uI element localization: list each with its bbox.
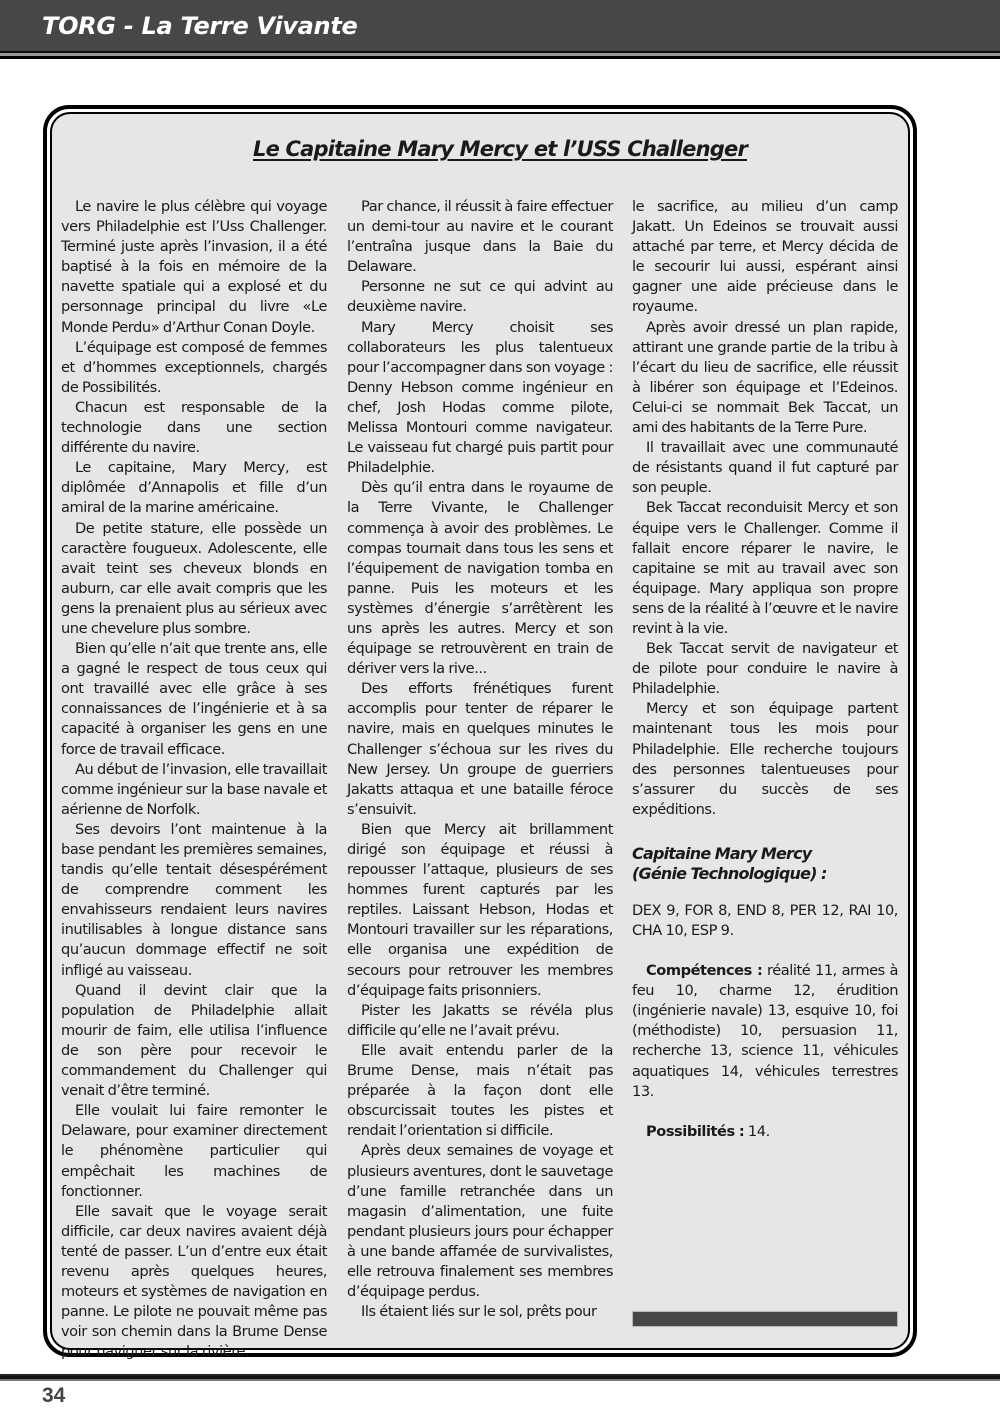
stat-block-heading: Capitaine Mary Mercy (Génie Technologiqu… — [632, 844, 898, 884]
paragraph: Pister les Jakatts se révéla plus diffic… — [347, 1001, 613, 1041]
paragraph: Le navire le plus célèbre qui voyage ver… — [61, 197, 327, 338]
paragraph: Par chance, il réussit à faire effectuer… — [347, 197, 613, 277]
paragraph: Bien qu’elle n’ait que trente ans, elle … — [61, 639, 327, 760]
possibilities-label: Possibilités : — [646, 1123, 744, 1140]
paragraph: Le capitaine, Mary Mercy, est diplômée d… — [61, 458, 327, 518]
paragraph: L’équipage est composé de femmes et d’ho… — [61, 338, 327, 398]
page-number: 34 — [42, 1384, 65, 1408]
paragraph: Dès qu’il entra dans le royaume de la Te… — [347, 478, 613, 679]
paragraph: Elle avait entendu parler de la Brume De… — [347, 1041, 613, 1141]
running-header: TORG - La Terre Vivante — [0, 0, 1000, 51]
paragraph: Après avoir dressé un plan rapide, attir… — [632, 318, 898, 439]
paragraph: Ils étaient liés sur le sol, prêts pour — [347, 1302, 613, 1322]
sidebar-title-text: Le Capitaine Mary Mercy et l’USS Challen… — [253, 137, 747, 161]
paragraph: Bien que Mercy ait brillamment dirigé so… — [347, 820, 613, 1001]
stat-heading-line-2: (Génie Technologique) : — [632, 864, 827, 883]
paragraph: Quand il devint clair que la population … — [61, 981, 327, 1102]
header-rule — [0, 51, 1000, 59]
paragraph: Elle voulait lui faire remonter le Delaw… — [61, 1101, 327, 1201]
paragraph: Chacun est responsable de la technologie… — [61, 398, 327, 458]
paragraph: Personne ne sut ce qui advint au deuxièm… — [347, 277, 613, 317]
footer-rule — [0, 1374, 1000, 1381]
sidebar-title: Le Capitaine Mary Mercy et l’USS Challen… — [0, 137, 1000, 161]
paragraph: Il travaillait avec une communauté de ré… — [632, 438, 898, 498]
paragraph: Au début de l’invasion, elle travaillait… — [61, 760, 327, 820]
stat-possibilities: Possibilités : 14. — [632, 1122, 898, 1142]
paragraph: Mary Mercy choisit ses collaborateurs le… — [347, 318, 613, 479]
paragraph: Mercy et son équipage partent maintenant… — [632, 699, 898, 820]
header-title: TORG - La Terre Vivante — [42, 12, 357, 40]
stat-skills: Compétences : réalité 11, armes à feu 10… — [632, 961, 898, 1102]
stat-attributes: DEX 9, FOR 8, END 8, PER 12, RAI 10, CHA… — [632, 901, 898, 941]
decorative-dark-bar — [632, 1311, 898, 1327]
text-column-2: Par chance, il réussit à faire effectuer… — [347, 197, 613, 1322]
stat-heading-line-1: Capitaine Mary Mercy — [632, 844, 811, 863]
paragraph: Des efforts frénétiques furent accomplis… — [347, 679, 613, 820]
skills-value: réalité 11, armes à feu 10, charme 12, é… — [632, 962, 898, 1100]
paragraph: Après deux semaines de voyage et plusieu… — [347, 1141, 613, 1302]
paragraph: Bek Taccat reconduisit Mercy et son équi… — [632, 498, 898, 639]
paragraph: De petite stature, elle possède un carac… — [61, 519, 327, 640]
skills-label: Compétences : — [646, 962, 762, 979]
possibilities-value: 14. — [744, 1123, 770, 1140]
paragraph: Bek Taccat servit de navigateur et de pi… — [632, 639, 898, 699]
text-column-1: Le navire le plus célèbre qui voyage ver… — [61, 197, 327, 1362]
paragraph: Ses devoirs l’ont maintenue à la base pe… — [61, 820, 327, 981]
paragraph: Elle savait que le voyage serait diffici… — [61, 1202, 327, 1363]
text-column-3: le sacrifice, au milieu d’un camp Jakatt… — [632, 197, 898, 1142]
paragraph-continuation: le sacrifice, au milieu d’un camp Jakatt… — [632, 197, 898, 318]
